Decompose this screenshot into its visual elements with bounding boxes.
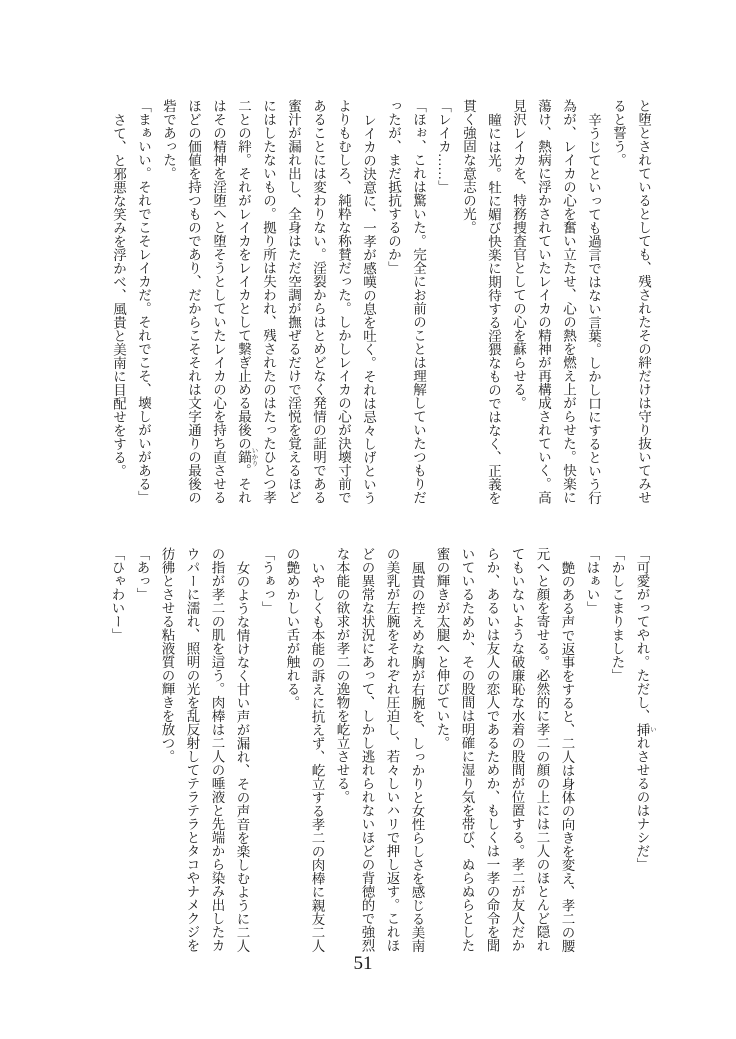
paragraph: さて、と邪悪な笑みを浮かべ、風貴と美南に目配せをする。 [106, 99, 131, 505]
paragraph: レイカの決意に、一孝が感嘆の息を吐く。それは忌々しげというよりもむしろ、純粋な称… [156, 99, 381, 505]
ruby-annotated-word: 挿い [635, 723, 650, 737]
paragraph: 艶のある声で返事をすると、二人は身体の向きを変え、孝二の腰元へと顔を寄せる。必然… [430, 547, 580, 953]
upper-text-block: と堕とされているとしても、残されたその絆だけは守り抜いてみせると誓う。辛うじてと… [106, 99, 656, 505]
paragraph: 辛うじてといっても過言ではない言葉。しかし口にするという行為が、レイカの心を奮い… [506, 99, 606, 505]
paragraph: 女のような情けなく甘い声が漏れ、その声音を楽しむように二人の指が孝二の肌を這う。… [155, 547, 255, 953]
paragraph: 「あっ」 [130, 547, 155, 953]
paragraph: 「うぁっ」 [255, 547, 280, 953]
paragraph: 瞳には光。牡に媚び快楽に期待する淫猥なものではなく、正義を貫く強固な意志の光。 [456, 99, 506, 505]
ruby-annotated-word: 錨いかり [236, 450, 251, 464]
page-number: 51 [0, 953, 726, 975]
paragraph: 「はぁい」 [580, 547, 605, 953]
paragraph: 「かしこまりました」 [605, 547, 630, 953]
paragraph: 「可愛がってやれ。ただし、挿いれさせるのはナシだ」 [630, 547, 657, 953]
paragraph: 「まぁいい。それでこそレイカだ。それでこそ、壊しがいがある」 [131, 99, 156, 505]
paragraph: 風貴の控えめな胸が右腕を、しっかりと女性らしさを感じる美南の美乳が左腕をそれぞれ… [330, 547, 430, 953]
novel-page: と堕とされているとしても、残されたその絆だけは守り抜いてみせると誓う。辛うじてと… [0, 0, 736, 1039]
paragraph: と堕とされているとしても、残されたその絆だけは守り抜いてみせると誓う。 [606, 99, 656, 505]
paragraph: 「ひゃわいー」 [105, 547, 130, 953]
paragraph: 「ほぉ、これは驚いた。完全にお前のことは理解していたつもりだったが、まだ抵抗する… [381, 99, 431, 505]
lower-text-block: 「可愛がってやれ。ただし、挿いれさせるのはナシだ」「かしこまりました」「はぁい」… [105, 547, 657, 953]
paragraph: いやしくも本能の訴えに抗えず、屹立する孝二の肉棒に親友二人の艶めかしい舌が触れる… [280, 547, 330, 953]
paragraph: 「レイカ……」 [431, 99, 456, 505]
